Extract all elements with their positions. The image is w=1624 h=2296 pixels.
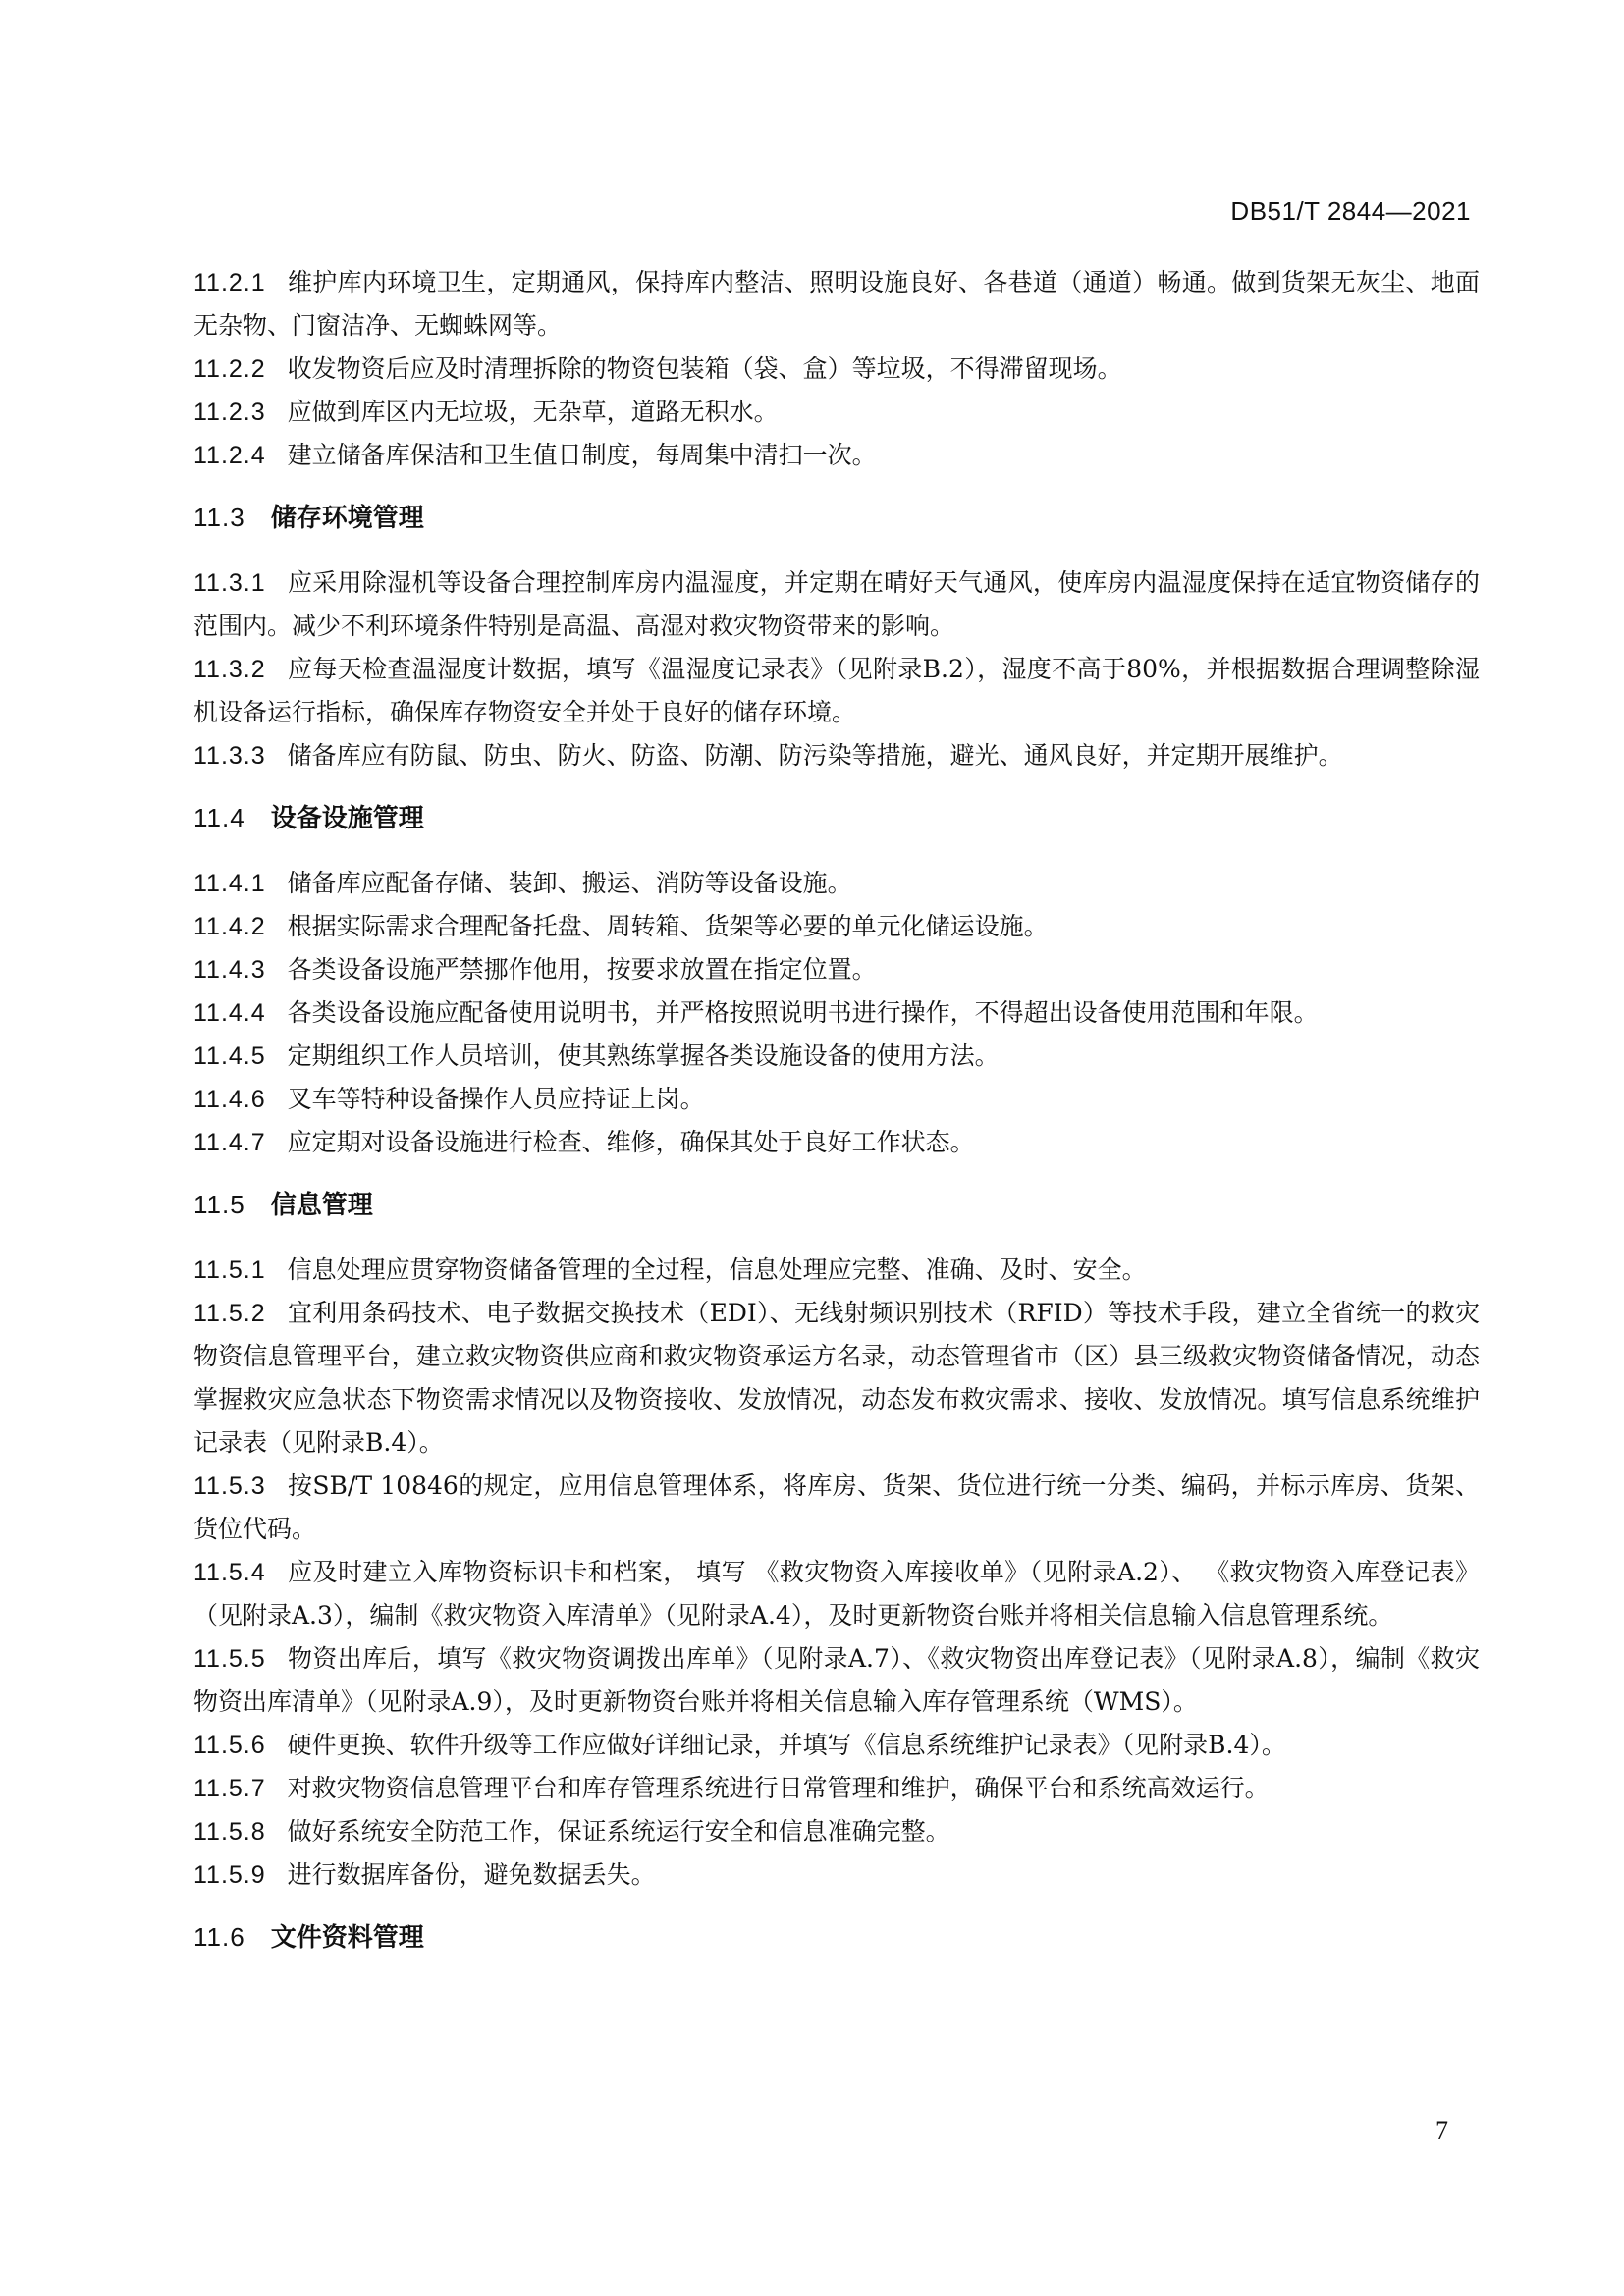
section-heading-11-6: 11.6文件资料管理 (193, 1916, 1480, 1957)
standard-code: DB51/T 2844—2021 (1230, 196, 1471, 227)
clause-11-4-7: 11.4.7应定期对设备设施进行检查、维修，确保其处于良好工作状态。 (193, 1121, 1480, 1164)
clause-11-5-9: 11.5.9进行数据库备份，避免数据丢失。 (193, 1853, 1480, 1896)
clause-11-4-5: 11.4.5定期组织工作人员培训，使其熟练掌握各类设施设备的使用方法。 (193, 1035, 1480, 1078)
clause-11-3-2: 11.3.2应每天检查温湿度计数据，填写《温湿度记录表》（见附录B.2），湿度不… (193, 648, 1480, 734)
clause-11-5-8: 11.5.8做好系统安全防范工作，保证系统运行安全和信息准确完整。 (193, 1810, 1480, 1853)
clause-11-5-2: 11.5.2宜利用条码技术、电子数据交换技术（EDI）、无线射频识别技术（RFI… (193, 1292, 1480, 1465)
clause-11-2-1: 11.2.1维护库内环境卫生，定期通风，保持库内整洁、照明设施良好、各巷道（通道… (193, 261, 1480, 347)
clause-11-4-3: 11.4.3各类设备设施严禁挪作他用，按要求放置在指定位置。 (193, 948, 1480, 991)
clause-11-2-3: 11.2.3应做到库区内无垃圾，无杂草，道路无积水。 (193, 391, 1480, 434)
clause-11-5-6: 11.5.6硬件更换、软件升级等工作应做好详细记录，并填写《信息系统维护记录表》… (193, 1724, 1480, 1767)
section-heading-11-3: 11.3储存环境管理 (193, 497, 1480, 538)
clause-11-2-4: 11.2.4建立储备库保洁和卫生值日制度，每周集中清扫一次。 (193, 434, 1480, 477)
section-heading-11-4: 11.4设备设施管理 (193, 797, 1480, 838)
clause-11-5-7: 11.5.7对救灾物资信息管理平台和库存管理系统进行日常管理和维护，确保平台和系… (193, 1767, 1480, 1810)
clause-11-2-2: 11.2.2收发物资后应及时清理拆除的物资包装箱（袋、盒）等垃圾，不得滞留现场。 (193, 347, 1480, 391)
clause-11-4-1: 11.4.1储备库应配备存储、装卸、搬运、消防等设备设施。 (193, 862, 1480, 905)
clause-11-3-1: 11.3.1应采用除湿机等设备合理控制库房内温湿度，并定期在晴好天气通风，使库房… (193, 561, 1480, 648)
clause-11-3-3: 11.3.3储备库应有防鼠、防虫、防火、防盗、防潮、防污染等措施，避光、通风良好… (193, 734, 1480, 777)
page-number: 7 (1435, 2116, 1448, 2146)
clause-11-4-4: 11.4.4各类设备设施应配备使用说明书，并严格按照说明书进行操作，不得超出设备… (193, 991, 1480, 1035)
clause-11-5-1: 11.5.1信息处理应贯穿物资储备管理的全过程，信息处理应完整、准确、及时、安全… (193, 1249, 1480, 1292)
clause-11-5-4: 11.5.4应及时建立入库物资标识卡和档案， 填写 《救灾物资入库接收单》（见附… (193, 1551, 1480, 1637)
section-heading-11-5: 11.5信息管理 (193, 1184, 1480, 1225)
clause-11-4-6: 11.4.6叉车等特种设备操作人员应持证上岗。 (193, 1078, 1480, 1121)
clause-11-4-2: 11.4.2根据实际需求合理配备托盘、周转箱、货架等必要的单元化储运设施。 (193, 905, 1480, 948)
clause-11-5-3: 11.5.3按SB/T 10846的规定，应用信息管理体系，将库房、货架、货位进… (193, 1465, 1480, 1551)
document-body: 11.2.1维护库内环境卫生，定期通风，保持库内整洁、照明设施良好、各巷道（通道… (193, 261, 1480, 1981)
clause-11-5-5: 11.5.5物资出库后，填写《救灾物资调拨出库单》（见附录A.7）、《救灾物资出… (193, 1637, 1480, 1724)
document-page: DB51/T 2844—2021 11.2.1维护库内环境卫生，定期通风，保持库… (0, 0, 1624, 2296)
